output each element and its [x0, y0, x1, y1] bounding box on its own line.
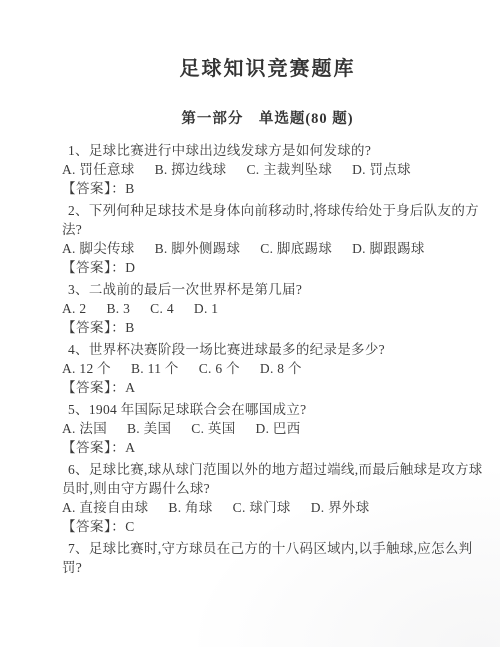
option: B. 脚外侧踢球 [155, 239, 241, 258]
question-text-line: 4、世界杯决赛阶段一场比赛进球最多的纪录是多少? [62, 340, 462, 359]
question-text-line: 7、足球比赛时,守方球员在己方的十八码区域内,以手触球,应怎么判 [62, 539, 462, 558]
question-answer: 【答案】：A [62, 378, 462, 397]
option: B. 角球 [168, 498, 212, 517]
option: D. 巴西 [256, 419, 301, 438]
page-title: 足球知识竞赛题库 [35, 0, 500, 80]
question-answer: 【答案】：A [62, 438, 462, 457]
question-text: 3、二战前的最后一次世界杯是第几届? [62, 280, 462, 299]
option: A. 法国 [62, 419, 107, 438]
question-text-line: 6、足球比赛,球从球门范围以外的地方超过端线,而最后触球是攻方球 [62, 460, 462, 479]
section-heading: 第一部分 单选题(80 题) [35, 111, 500, 128]
option: A. 脚尖传球 [62, 239, 135, 258]
question-options: A. 直接自由球B. 角球C. 球门球D. 界外球 [62, 498, 462, 517]
option: C. 球门球 [233, 498, 291, 517]
option: C. 脚底踢球 [260, 239, 332, 258]
document-page: 足球知识竞赛题库 第一部分 单选题(80 题) 1、足球比赛进行中球出边线发球方… [0, 0, 500, 647]
question-block: 4、世界杯决赛阶段一场比赛进球最多的纪录是多少? A. 12 个B. 11 个C… [62, 340, 462, 397]
question-answer: 【答案】：B [62, 179, 462, 198]
question-text-line: 3、二战前的最后一次世界杯是第几届? [62, 280, 462, 299]
option: D. 界外球 [311, 498, 370, 517]
option: A. 2 [62, 299, 86, 318]
question-text-line: 员时,则由守方踢什么球? [62, 479, 462, 498]
question-answer: 【答案】：C [62, 517, 462, 536]
option: C. 4 [150, 299, 174, 318]
option: C. 英国 [191, 419, 235, 438]
question-block: 1、足球比赛进行中球出边线发球方是如何发球的? A. 罚任意球B. 掷边线球C.… [62, 141, 462, 198]
option: D. 1 [194, 299, 218, 318]
question-list: 1、足球比赛进行中球出边线发球方是如何发球的? A. 罚任意球B. 掷边线球C.… [62, 141, 462, 577]
question-answer: 【答案】：B [62, 318, 462, 337]
question-text-line: 2、下列何种足球技术是身体向前移动时,将球传给处于身后队友的方 [62, 201, 462, 220]
option: B. 3 [106, 299, 130, 318]
question-text: 4、世界杯决赛阶段一场比赛进球最多的纪录是多少? [62, 340, 462, 359]
question-block: 3、二战前的最后一次世界杯是第几届? A. 2B. 3C. 4D. 1 【答案】… [62, 280, 462, 337]
option: A. 直接自由球 [62, 498, 148, 517]
question-block: 7、足球比赛时,守方球员在己方的十八码区域内,以手触球,应怎么判罚? [62, 539, 462, 577]
question-text-line: 5、1904 年国际足球联合会在哪国成立? [62, 400, 462, 419]
question-options: A. 脚尖传球B. 脚外侧踢球C. 脚底踢球D. 脚跟踢球 [62, 239, 462, 258]
question-text: 6、足球比赛,球从球门范围以外的地方超过端线,而最后触球是攻方球员时,则由守方踢… [62, 460, 462, 498]
question-block: 5、1904 年国际足球联合会在哪国成立? A. 法国B. 美国C. 英国D. … [62, 400, 462, 457]
option: A. 罚任意球 [62, 160, 135, 179]
question-text: 5、1904 年国际足球联合会在哪国成立? [62, 400, 462, 419]
option: D. 罚点球 [352, 160, 411, 179]
option: B. 掷边线球 [155, 160, 227, 179]
question-answer: 【答案】：D [62, 258, 462, 277]
question-options: A. 2B. 3C. 4D. 1 [62, 299, 462, 318]
question-text: 1、足球比赛进行中球出边线发球方是如何发球的? [62, 141, 462, 160]
question-block: 2、下列何种足球技术是身体向前移动时,将球传给处于身后队友的方法? A. 脚尖传… [62, 201, 462, 277]
question-text: 2、下列何种足球技术是身体向前移动时,将球传给处于身后队友的方法? [62, 201, 462, 239]
option: B. 11 个 [131, 359, 179, 378]
option: C. 主裁判坠球 [246, 160, 332, 179]
question-text: 7、足球比赛时,守方球员在己方的十八码区域内,以手触球,应怎么判罚? [62, 539, 462, 577]
question-options: A. 法国B. 美国C. 英国D. 巴西 [62, 419, 462, 438]
option: D. 脚跟踢球 [352, 239, 425, 258]
question-options: A. 12 个B. 11 个C. 6 个D. 8 个 [62, 359, 462, 378]
option: B. 美国 [127, 419, 171, 438]
option: C. 6 个 [199, 359, 240, 378]
question-block: 6、足球比赛,球从球门范围以外的地方超过端线,而最后触球是攻方球员时,则由守方踢… [62, 460, 462, 536]
question-options: A. 罚任意球B. 掷边线球C. 主裁判坠球D. 罚点球 [62, 160, 462, 179]
question-text-line: 罚? [62, 558, 462, 577]
question-text-line: 1、足球比赛进行中球出边线发球方是如何发球的? [62, 141, 462, 160]
question-text-line: 法? [62, 220, 462, 239]
option: D. 8 个 [260, 359, 302, 378]
option: A. 12 个 [62, 359, 111, 378]
